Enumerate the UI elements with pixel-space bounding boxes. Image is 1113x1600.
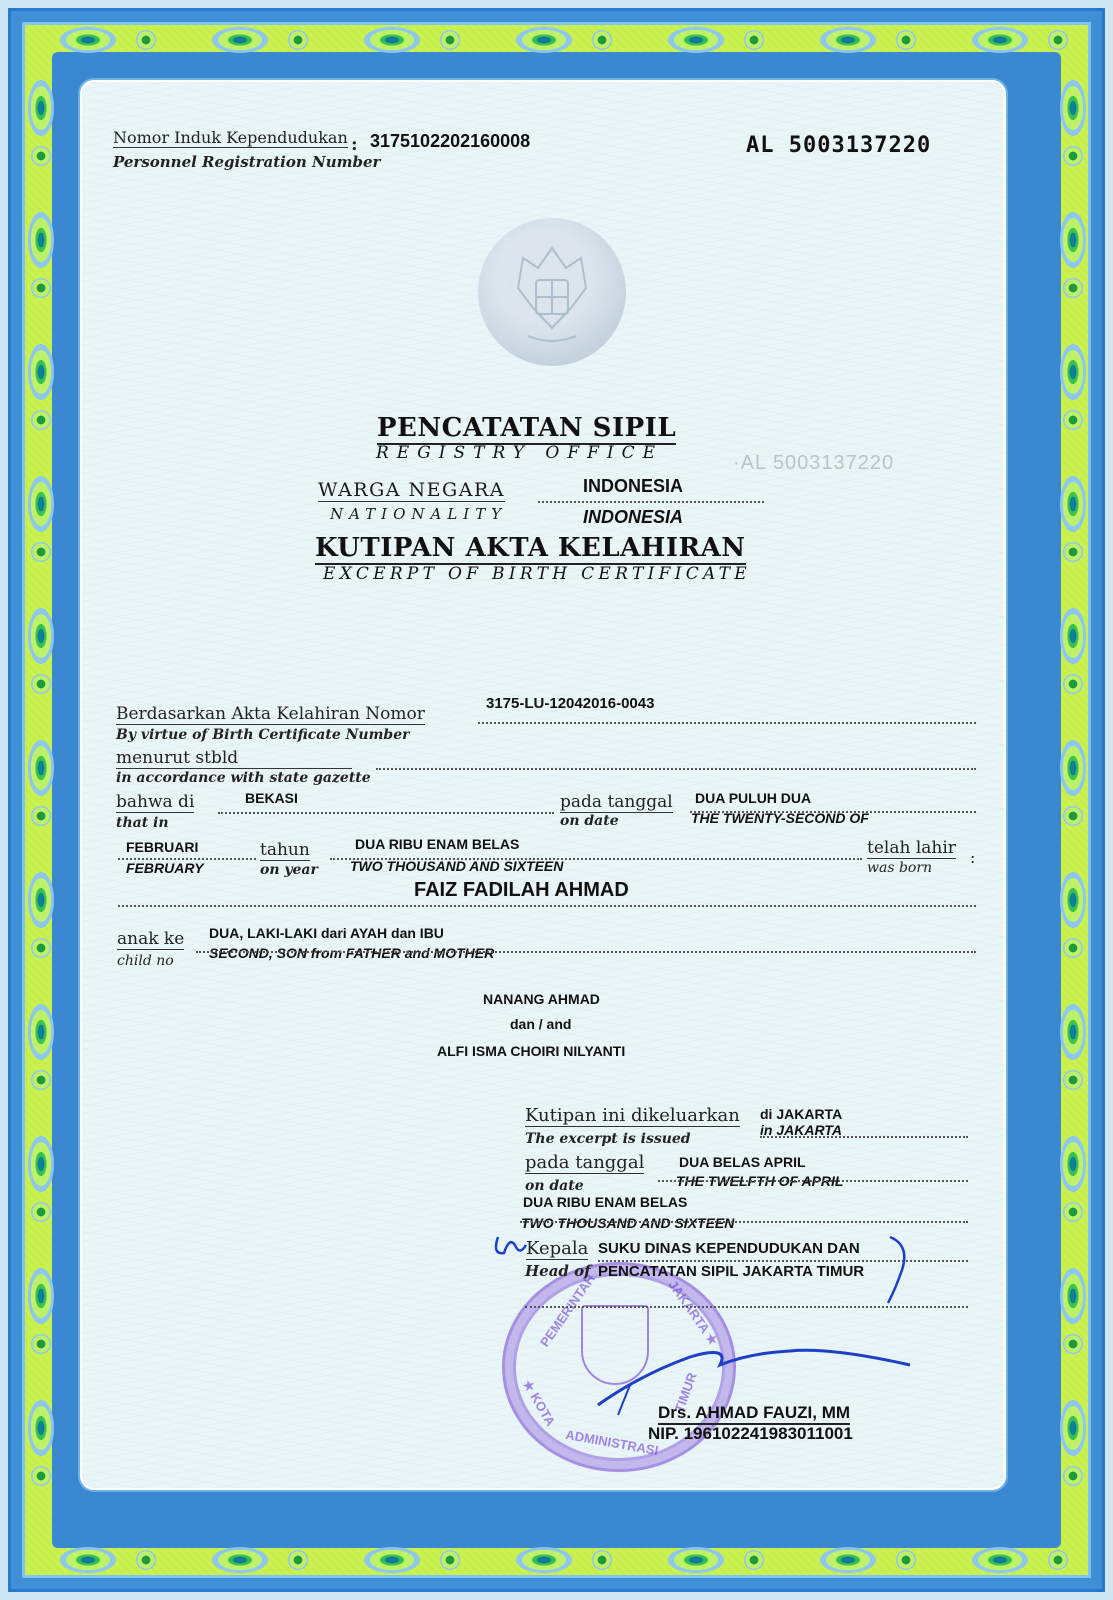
border-ornament-icon <box>28 872 54 928</box>
child-name-dotted-line <box>118 905 976 907</box>
issued-date-label: pada tanggal <box>525 1152 644 1174</box>
border-ornament-icon <box>31 1202 51 1222</box>
cert-number-sublabel: By virtue of Birth Certificate Number <box>116 727 409 743</box>
border-ornament-icon <box>1060 212 1086 268</box>
issued-place-dotted-line <box>760 1136 968 1138</box>
border-ornament-icon <box>1063 674 1083 694</box>
border-ornament-icon <box>1060 740 1086 796</box>
border-ornament-icon <box>288 1550 308 1570</box>
father-name: NANANG AHMAD <box>483 991 600 1007</box>
child-no-label: anak ke <box>117 929 184 950</box>
border-ornament-icon <box>31 1070 51 1090</box>
issued-year-value: DUA RIBU ENAM BELAS <box>523 1194 687 1210</box>
born-sublabel: was born <box>867 860 932 876</box>
office-title: PENCATATAN SIPIL <box>377 413 676 445</box>
place-value: BEKASI <box>245 790 298 806</box>
border-ornament-icon <box>60 1547 116 1573</box>
border-ornament-icon <box>972 27 1028 53</box>
border-ornament-icon <box>1048 1550 1068 1570</box>
place-dotted-line <box>218 812 554 814</box>
border-ornament-icon <box>1063 542 1083 562</box>
border-ornament-icon <box>1060 476 1086 532</box>
year-value: DUA RIBU ENAM BELAS <box>355 836 519 852</box>
border-ornament-icon <box>28 212 54 268</box>
border-ornament-icon <box>28 476 54 532</box>
border-ornament-icon <box>31 1466 51 1486</box>
border-ornament-icon <box>28 1400 54 1456</box>
border-ornament-icon <box>440 1550 460 1570</box>
nik-value: 3175102202160008 <box>370 131 530 152</box>
child-name: FAIZ FADILAH AHMAD <box>414 879 629 902</box>
border-ornament-icon <box>1063 410 1083 430</box>
cert-number-value: 3175-LU-12042016-0043 <box>486 695 654 712</box>
signer-nip: NIP. 196102241983011001 <box>648 1424 853 1444</box>
issued-place: di JAKARTA <box>760 1106 842 1122</box>
office-subtitle: REGISTRY OFFICE <box>376 443 663 463</box>
border-ornament-icon <box>516 1547 572 1573</box>
border-ornament-icon <box>364 1547 420 1573</box>
border-ornament-icon <box>1060 80 1086 136</box>
stbld-dotted-line <box>376 768 976 770</box>
issued-year-dotted-line <box>520 1221 968 1223</box>
border-ornament-icon <box>364 27 420 53</box>
border-ornament-icon <box>31 542 51 562</box>
border-ornament-icon <box>60 27 116 53</box>
border-ornament-icon <box>592 1550 612 1570</box>
border-ornament-icon <box>28 1268 54 1324</box>
nik-label: Nomor Induk Kependudukan <box>113 128 348 148</box>
border-ornament-icon <box>212 27 268 53</box>
border-ornament-icon <box>28 344 54 400</box>
month-value-en: FEBRUARY <box>126 860 204 876</box>
border-ornament-icon <box>31 674 51 694</box>
garuda-emblem-icon <box>478 218 626 366</box>
year-value-en: TWO THOUSAND AND SIXTEEN <box>350 858 563 874</box>
border-ornament-icon <box>1063 938 1083 958</box>
border-ornament-icon <box>820 1547 876 1573</box>
border-ornament-icon <box>516 27 572 53</box>
border-ornament-icon <box>896 30 916 50</box>
border-ornament-icon <box>440 30 460 50</box>
border-ornament-icon <box>592 30 612 50</box>
certificate-subtitle: EXCERPT OF BIRTH CERTIFICATE <box>323 564 751 584</box>
born-colon: : <box>970 848 975 867</box>
mother-name: ALFI ISMA CHOIRI NILYANTI <box>437 1043 625 1059</box>
border-ornament-icon <box>31 938 51 958</box>
border-ornament-icon <box>28 1136 54 1192</box>
born-label: telah lahir <box>867 838 956 859</box>
border-ornament-icon <box>744 30 764 50</box>
border-ornament-icon <box>1063 146 1083 166</box>
border-ornament-icon <box>972 1547 1028 1573</box>
border-ornament-icon <box>1060 1268 1086 1324</box>
signature-icon <box>490 1225 930 1425</box>
border-ornament-icon <box>1063 806 1083 826</box>
border-ornament-icon <box>896 1550 916 1570</box>
issued-label: Kutipan ini dikeluarkan <box>525 1105 740 1127</box>
border-ornament-icon <box>31 146 51 166</box>
border-ornament-icon <box>1060 872 1086 928</box>
date-label: pada tanggal <box>560 792 673 813</box>
border-ornament-icon <box>28 80 54 136</box>
border-ornament-icon <box>31 1334 51 1354</box>
year-sublabel: on year <box>260 862 318 878</box>
stbld-sublabel: in accordance with state gazette <box>116 770 371 786</box>
nationality-dotted-line <box>538 501 764 503</box>
border-ornament-icon <box>1063 1466 1083 1486</box>
border-ornament-icon <box>1063 1070 1083 1090</box>
issued-date-value: DUA BELAS APRIL <box>679 1154 806 1170</box>
border-ornament-icon <box>28 740 54 796</box>
nik-colon: : <box>351 134 358 155</box>
border-ornament-icon <box>136 1550 156 1570</box>
serial-number: AL 5003137220 <box>746 133 931 158</box>
border-ornament-icon <box>1048 30 1068 50</box>
serial-number-watermark: ·AL 5003137220 <box>733 452 894 475</box>
stbld-label: menurut stbld <box>116 748 352 769</box>
nationality-value: INDONESIA <box>583 476 683 497</box>
child-no-dotted-line <box>196 951 976 953</box>
nationality-sublabel: NATIONALITY <box>330 505 507 523</box>
issued-date-dotted-line <box>658 1180 968 1182</box>
border-ornament-icon <box>744 1550 764 1570</box>
signer-name: Drs. AHMAD FAUZI, MM <box>658 1403 850 1425</box>
year-dotted-line <box>330 858 862 860</box>
border-ornament-icon <box>31 410 51 430</box>
child-no-value: DUA, LAKI-LAKI dari AYAH dan IBU <box>209 925 444 941</box>
border-ornament-icon <box>28 1004 54 1060</box>
certificate-title: KUTIPAN AKTA KELAHIRAN <box>315 533 746 565</box>
issued-sublabel: The excerpt is issued <box>525 1131 691 1147</box>
cert-number-label: Berdasarkan Akta Kelahiran Nomor <box>116 704 425 725</box>
border-ornament-icon <box>1060 1004 1086 1060</box>
border-ornament-icon <box>1063 278 1083 298</box>
child-no-value-en: SECOND, SON from FATHER and MOTHER <box>209 945 494 961</box>
nationality-label: WARGA NEGARA <box>318 479 505 502</box>
date-sublabel: on date <box>560 813 619 829</box>
date-dotted-line <box>690 811 976 813</box>
place-sublabel: that in <box>116 815 169 831</box>
border-ornament-icon <box>136 30 156 50</box>
border-ornament-icon <box>31 806 51 826</box>
child-no-sublabel: child no <box>117 953 174 969</box>
border-ornament-icon <box>288 30 308 50</box>
date-value: DUA PULUH DUA <box>695 790 811 806</box>
cert-number-dotted-line <box>478 722 976 724</box>
border-ornament-icon <box>1063 1202 1083 1222</box>
month-value: FEBRUARI <box>126 839 198 855</box>
place-label: bahwa di <box>116 792 194 813</box>
issued-date-sublabel: on date <box>525 1178 584 1194</box>
border-ornament-icon <box>31 278 51 298</box>
border-ornament-icon <box>212 1547 268 1573</box>
nationality-value-en: INDONESIA <box>583 507 683 528</box>
border-ornament-icon <box>1063 1334 1083 1354</box>
border-ornament-icon <box>28 608 54 664</box>
border-ornament-icon <box>1060 1400 1086 1456</box>
border-ornament-icon <box>1060 344 1086 400</box>
border-ornament-icon <box>1060 608 1086 664</box>
border-ornament-icon <box>668 27 724 53</box>
month-dotted-line <box>118 858 256 860</box>
border-ornament-icon <box>668 1547 724 1573</box>
border-ornament-icon <box>820 27 876 53</box>
parents-conjunction: dan / and <box>510 1016 571 1032</box>
nik-sublabel: Personnel Registration Number <box>113 153 380 171</box>
border-ornament-icon <box>1060 1136 1086 1192</box>
year-label: tahun <box>260 840 310 861</box>
